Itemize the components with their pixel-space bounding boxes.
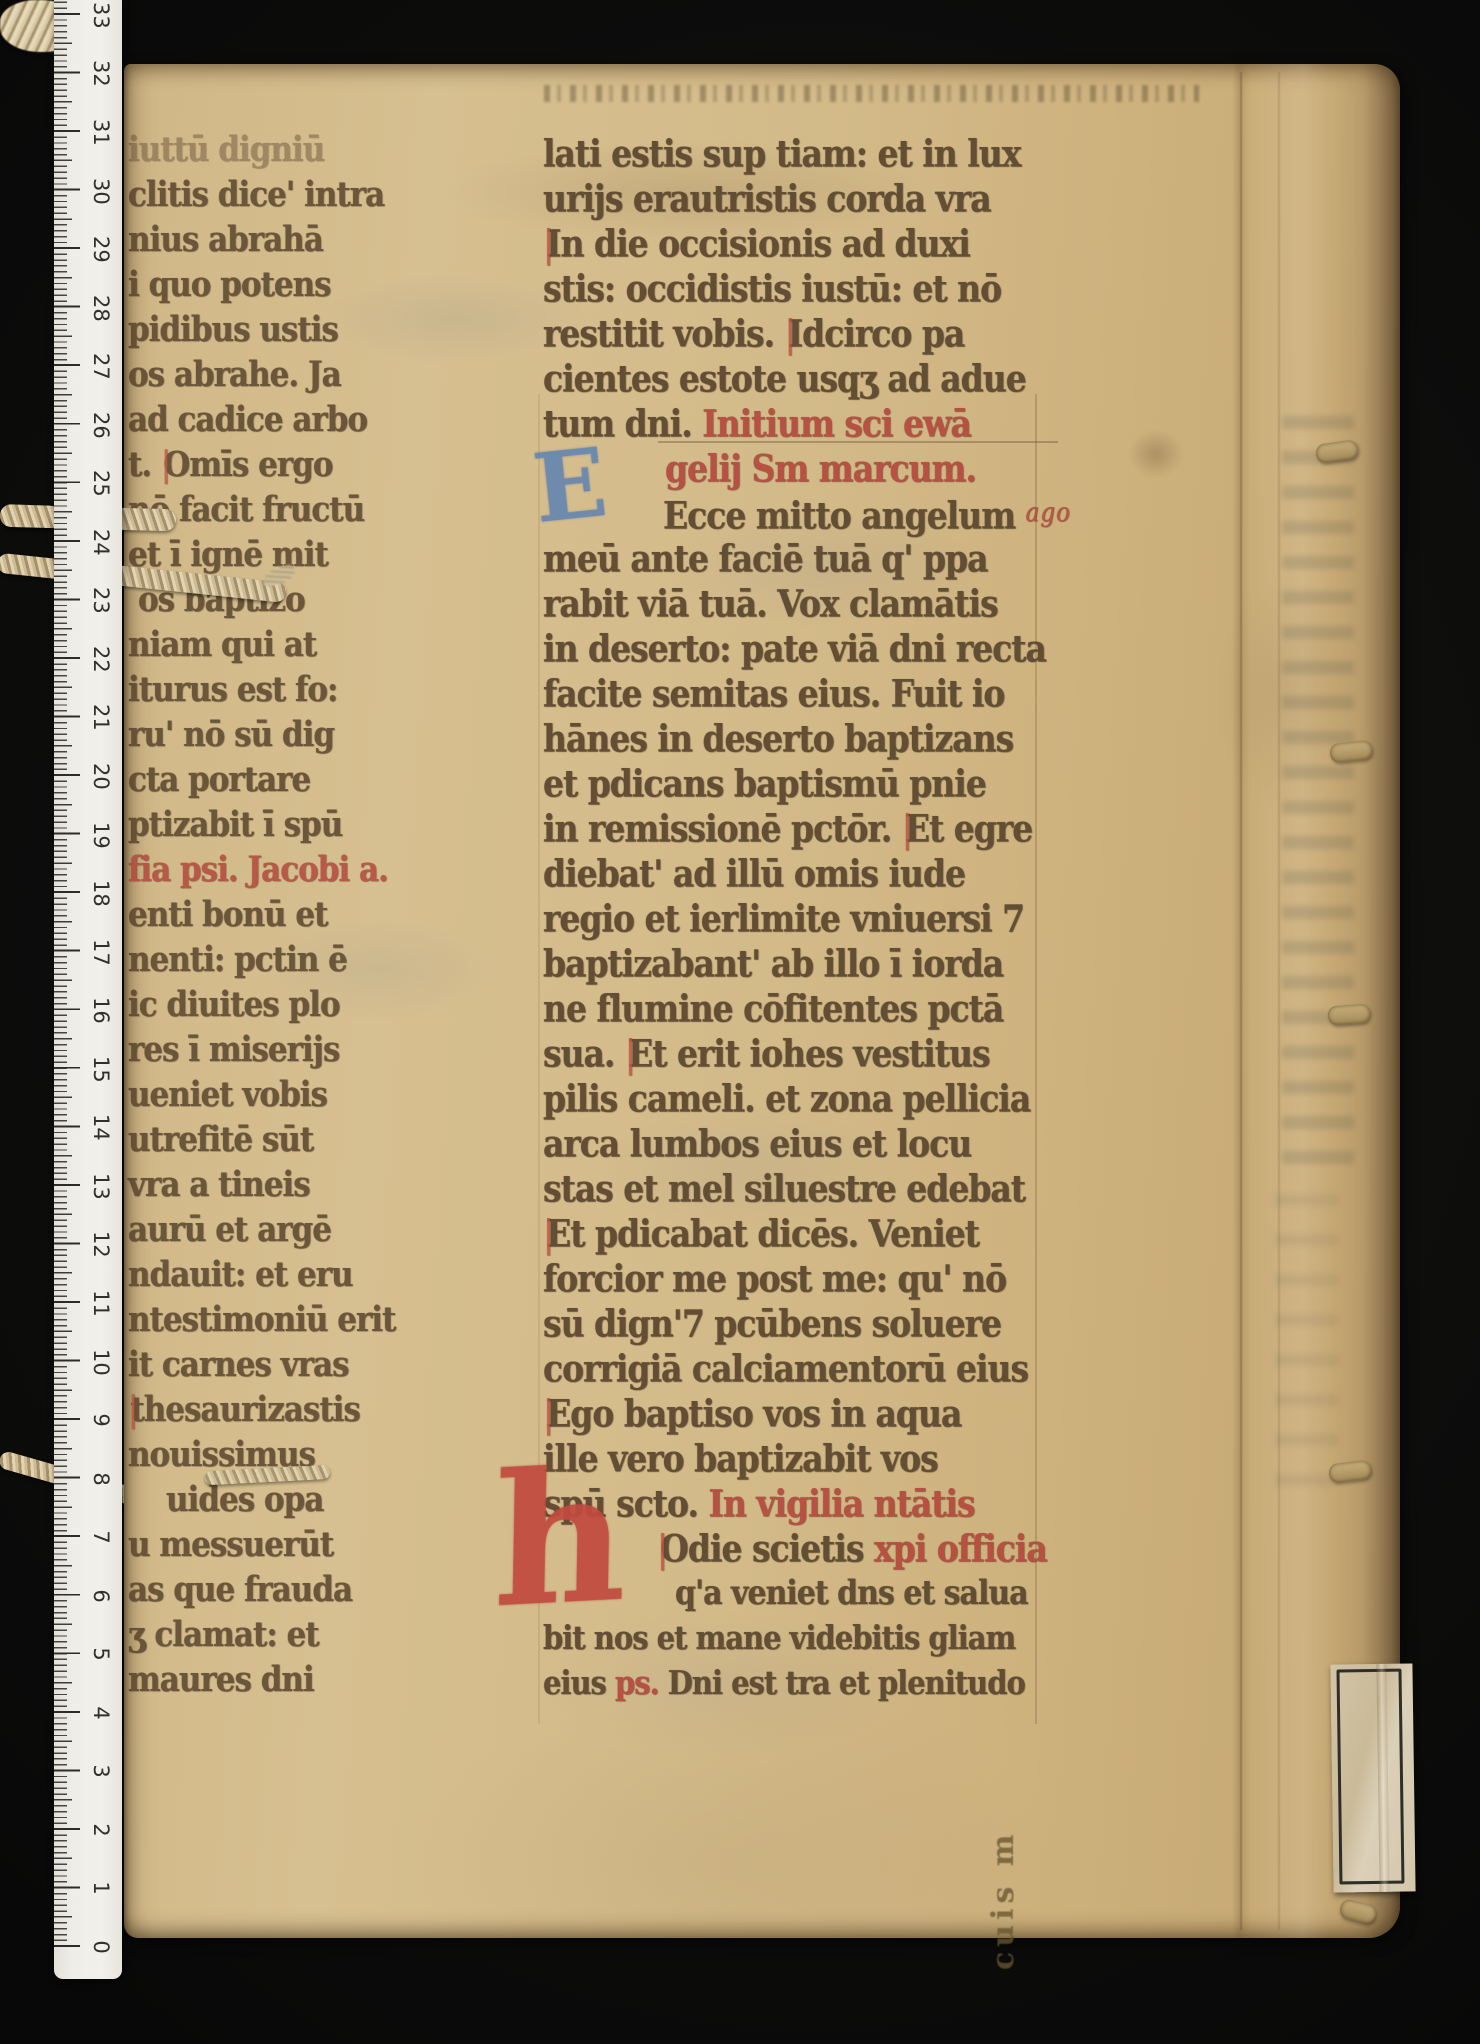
ruler-number: 3 (90, 1758, 112, 1784)
ruler-number: 33 (90, 2, 112, 28)
manuscript-photograph: iuttū digniūclitis dice' intranius abrah… (0, 0, 1480, 2044)
text-line: corrigiā calciamentorū eius (543, 1343, 1088, 1393)
body-text: u messuerūt (128, 1525, 333, 1565)
text-line: niam qui at (128, 620, 548, 670)
body-text: et pdicans baptismū pnie (543, 762, 986, 806)
body-text: Et erit iohes vestitus (628, 1032, 989, 1076)
text-line: i quo potens (128, 260, 548, 310)
body-text: in deserto: pate viā dni recta (543, 627, 1046, 671)
body-text: | (543, 1392, 553, 1436)
ruler-number: 6 (90, 1583, 112, 1609)
body-text: rabit viā tuā. Vox clamātis (543, 582, 998, 626)
ruler-number: 21 (90, 704, 112, 730)
text-line: arca lumbos eius et locu (543, 1118, 1088, 1168)
body-text: regio et ierlimite vniuersi 7 (543, 897, 1024, 941)
body-text: | (543, 1212, 553, 1256)
body-text: facite semitas eius. Fuit io (543, 672, 1004, 716)
body-text: it carnes vras (128, 1345, 349, 1385)
text-line: ptizabit ī spū (128, 800, 548, 850)
text-line: iturus est fo: (128, 665, 548, 715)
ruler-number: 14 (90, 1114, 112, 1140)
body-text: t. (128, 445, 161, 485)
body-text: Dni est tra et plenitudo (668, 1664, 1025, 1702)
body-text: clitis dice' intra (128, 175, 384, 215)
text-line: os abrahe. Ja (128, 350, 548, 400)
body-text: ntestimoniū erit (128, 1300, 395, 1340)
ruler-number: 29 (90, 236, 112, 262)
body-text: ndauit: et eru (128, 1255, 353, 1295)
body-text: | (902, 807, 912, 851)
spine-offset-text (1274, 1194, 1338, 1494)
ruler-number: 25 (90, 470, 112, 496)
body-text: forcior me post me: qu' nō (543, 1257, 1006, 1301)
trimmed-text-line (544, 85, 1199, 102)
body-text: Omīs ergo (163, 445, 332, 485)
body-text: stas et mel siluestre edebat (543, 1167, 1025, 1211)
body-text: diebat' ad illū omis iude (543, 852, 965, 896)
ruler-number: 12 (90, 1231, 112, 1257)
body-text: i quo potens (128, 265, 331, 305)
body-text: | (785, 312, 795, 356)
left-text-column: iuttū digniūclitis dice' intranius abrah… (128, 128, 548, 1703)
body-text: ptizabit ī spū (128, 805, 342, 845)
body-text: nenti: pctin ē (128, 940, 347, 980)
body-text: vra a tineis (128, 1165, 310, 1205)
ruler-number: 17 (90, 939, 112, 965)
ruler-number: 28 (90, 295, 112, 321)
sewing-tab (1327, 1004, 1370, 1026)
body-text: | (128, 1390, 137, 1430)
text-line: nō facit fructū (128, 485, 548, 535)
body-text: pilis cameli. et zona pellicia (543, 1077, 1030, 1121)
ruler-number: 0 (90, 1934, 112, 1960)
text-line: pilis cameli. et zona pellicia (543, 1073, 1088, 1123)
body-text: baptizabant' ab illo ī iorda (543, 942, 1003, 986)
ruler-number: 4 (90, 1700, 112, 1726)
text-line: diebat' ad illū omis iude (543, 848, 1088, 898)
spine-crease (1278, 72, 1280, 1930)
ruler-number: 10 (90, 1349, 112, 1375)
body-text: cientes estote usqʒ ad adue (543, 357, 1026, 401)
ruler-number: 7 (90, 1524, 112, 1550)
body-text: corrigiā calciamentorū eius (543, 1347, 1028, 1391)
ruler-number: 13 (90, 1173, 112, 1199)
body-text: cta portare (128, 760, 310, 800)
red-flourished-initial: h (492, 1438, 671, 1662)
text-line: |In die occisionis ad duxi (543, 218, 1088, 268)
body-text: maures dni (128, 1660, 314, 1700)
ruler-number: 24 (90, 529, 112, 555)
rubric-text: Initium sci ewā (702, 402, 971, 446)
body-text: ʒ clamat: et (128, 1615, 319, 1655)
text-line: utrefitē sūt (128, 1115, 548, 1165)
text-line: ntestimoniū erit (128, 1295, 548, 1345)
body-text: sū dign'7 pcūbens soluere (543, 1302, 1001, 1346)
ruler-number: 30 (90, 178, 112, 204)
text-line: hānes in deserto baptizans (543, 713, 1088, 763)
text-line: eius ps. Dni est tra et plenitudo (543, 1658, 1088, 1708)
measuring-ruler: 0123456789101112131415161718192021222324… (54, 0, 122, 1979)
body-text: res ī miserijs (128, 1030, 339, 1070)
body-text: as que frauda (128, 1570, 352, 1610)
body-text: enti bonū et (128, 895, 327, 935)
body-text: ru' nō sū dig (128, 715, 334, 755)
ruler-number: 27 (90, 353, 112, 379)
text-line: fia psi. Jacobi a. (128, 845, 548, 895)
body-text: nius abrahā (128, 220, 323, 260)
text-line: facite semitas eius. Fuit io (543, 668, 1088, 718)
spine-label (1330, 1663, 1415, 1892)
ruler-number: 19 (90, 822, 112, 848)
body-text: ad cadice arbo (128, 400, 367, 440)
body-text: | (161, 445, 170, 485)
body-text: niam qui at (128, 625, 316, 665)
text-line: maures dni (128, 1655, 548, 1705)
body-text: pidibus ustis (128, 310, 338, 350)
body-text: | (543, 222, 553, 266)
body-text: Et egre (905, 807, 1032, 851)
ruler-number: 18 (90, 880, 112, 906)
text-line: t. |Omīs ergo (128, 440, 548, 490)
text-line: rabit viā tuā. Vox clamātis (543, 578, 1088, 628)
text-line: as que frauda (128, 1565, 548, 1615)
text-line: nius abrahā (128, 215, 548, 265)
text-line: it carnes vras (128, 1340, 548, 1390)
text-line: restitit vobis. |Idcirco pa (543, 308, 1088, 358)
text-line: ndauit: et eru (128, 1250, 548, 1300)
body-text: arca lumbos eius et locu (543, 1122, 971, 1166)
label-frame (1336, 1669, 1404, 1885)
text-line: ic diuites plo (128, 980, 548, 1030)
text-line: pidibus ustis (128, 305, 548, 355)
body-text: meū ante faciē tuā q' ppa (543, 537, 988, 581)
body-text: Odie scietis (660, 1527, 874, 1571)
text-line: ueniet vobis (128, 1070, 548, 1120)
spine-offset-text (1282, 416, 1354, 1186)
body-text: ne flumine cōfitentes pctā (543, 987, 1003, 1031)
ruler-number: 26 (90, 412, 112, 438)
offset-ink-note: cuis m (986, 1790, 1021, 1970)
body-text: thesaurizastis (130, 1390, 359, 1430)
body-text: Et pdicabat dicēs. Veniet (546, 1212, 979, 1256)
parchment-cover: iuttū digniūclitis dice' intranius abrah… (124, 64, 1400, 1938)
body-text: in remissionē pctōr. (543, 807, 902, 851)
body-text: urijs erautristis corda vra (543, 177, 991, 221)
text-line: stas et mel siluestre edebat (543, 1163, 1088, 1213)
ruler-number: 5 (90, 1641, 112, 1667)
body-text: os abrahe. Ja (128, 355, 341, 395)
text-line: clitis dice' intra (128, 170, 548, 220)
spine-crease (1240, 72, 1242, 1930)
text-line: u messuerūt (128, 1520, 548, 1570)
text-line: nouissimus (128, 1430, 548, 1480)
text-line: res ī miserijs (128, 1025, 548, 1075)
rubric-text: xpi officia (874, 1527, 1047, 1571)
text-line: forcior me post me: qu' nō (543, 1253, 1088, 1303)
text-line: et pdicans baptismū pnie (543, 758, 1088, 808)
ruler-number: 11 (90, 1290, 112, 1316)
text-line: urijs erautristis corda vra (543, 173, 1088, 223)
rubric-text: fia psi. Jacobi a. (128, 850, 388, 890)
rubric-text: In vigilia ntātis (708, 1482, 974, 1526)
text-line: regio et ierlimite vniuersi 7 (543, 893, 1088, 943)
body-text: In die occisionis ad duxi (546, 222, 970, 266)
body-text: stis: occidistis iustū: et nō (543, 267, 1001, 311)
ruler-number: 1 (90, 1875, 112, 1901)
blue-lombard-initial: E (529, 430, 659, 542)
ruler-cm-ticks (54, 0, 80, 1947)
ruler-number: 9 (90, 1407, 112, 1433)
ruler-number: 22 (90, 646, 112, 672)
ruler-number: 20 (90, 763, 112, 789)
body-text: lati estis sup tiam: et in lux (543, 132, 1020, 176)
ruler-number: 2 (90, 1817, 112, 1843)
body-text: Ecce mitto angelum (663, 494, 1026, 538)
text-line: nenti: pctin ē (128, 935, 548, 985)
text-line: vra a tineis (128, 1160, 548, 1210)
text-line: in deserto: pate viā dni recta (543, 623, 1088, 673)
body-text: ic diuites plo (128, 985, 340, 1025)
rubric-text: gelij Sm marcum. (665, 447, 976, 491)
body-text: iturus est fo: (128, 670, 338, 710)
body-text: iuttū digniū (128, 130, 324, 170)
ruler-number: 31 (90, 119, 112, 145)
text-line: uides opa (128, 1475, 548, 1525)
text-line: ne flumine cōfitentes pctā (543, 983, 1088, 1033)
text-line: ʒ clamat: et (128, 1610, 548, 1660)
text-line: sua. |Et erit iohes vestitus (543, 1028, 1088, 1078)
body-text: utrefitē sūt (128, 1120, 313, 1160)
text-line: baptizabant' ab illo ī iorda (543, 938, 1088, 988)
text-line: sū dign'7 pcūbens soluere (543, 1298, 1088, 1348)
ruler-number: 8 (90, 1466, 112, 1492)
text-line: in remissionē pctōr. |Et egre (543, 803, 1088, 853)
ruler-number: 23 (90, 587, 112, 613)
body-text: q'a veniet dns et salua (675, 1574, 1028, 1613)
ruler-number: 32 (90, 60, 112, 86)
ruler-number: 16 (90, 997, 112, 1023)
text-line: lati estis sup tiam: et in lux (543, 128, 1088, 178)
text-line: aurū et argē (128, 1205, 548, 1255)
body-text: aurū et argē (128, 1210, 331, 1250)
ruler-number: 15 (90, 1056, 112, 1082)
body-text: Idcirco pa (788, 312, 965, 356)
text-line: meū ante faciē tuā q' ppa (543, 533, 1088, 583)
text-line: stis: occidistis iustū: et nō (543, 263, 1088, 313)
body-text: hānes in deserto baptizans (543, 717, 1013, 761)
text-line: |thesaurizastis (128, 1385, 548, 1435)
text-line: enti bonū et (128, 890, 548, 940)
text-line: ad cadice arbo (128, 395, 548, 445)
text-line: iuttū digniū (128, 125, 548, 175)
text-line: cientes estote usqʒ ad adue (543, 353, 1088, 403)
text-line: ru' nō sū dig (128, 710, 548, 760)
text-line: cta portare (128, 755, 548, 805)
text-line: |Et pdicabat dicēs. Veniet (543, 1208, 1088, 1258)
body-text: uides opa (166, 1480, 323, 1520)
body-text: | (625, 1032, 635, 1076)
body-text: sua. (543, 1032, 625, 1076)
body-text: restitit vobis. (543, 312, 785, 356)
body-text: eius (543, 1664, 615, 1702)
body-text: ueniet vobis (128, 1075, 327, 1115)
marginal-note: ago (1026, 498, 1071, 527)
rubric-text: ps. (615, 1664, 668, 1702)
